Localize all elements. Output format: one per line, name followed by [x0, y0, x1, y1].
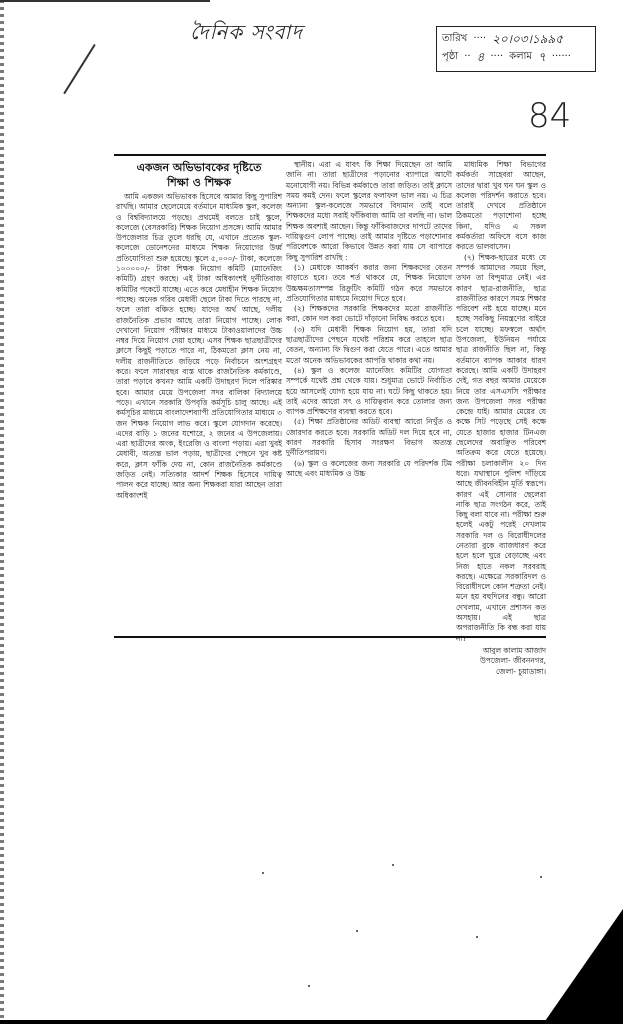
author-name: আবুল কালাম আজাদ: [456, 646, 546, 657]
article-paragraph: আমি একজন অভিভাবক হিসেবে আমার কিছু সুপারি…: [116, 192, 282, 501]
pen-mark: [63, 44, 95, 94]
article-paragraph: স্থানীয়। এরা এ যাবৎ কি শিক্ষা দিয়েছেন …: [286, 160, 452, 263]
article-column-3: মাধ্যমিক শিক্ষা বিভাগের কর্মকর্তা সাহেবর…: [456, 160, 546, 677]
stamp-date-value: ২০।০৩।১৯৯৫: [492, 30, 563, 48]
stamp-date-label: তারিখ: [442, 30, 467, 48]
recommendation-7: (৭) শিক্ষক-ছাত্রের মধ্যে যে সম্পর্ক আমাদ…: [456, 253, 546, 644]
recommendation-6: (৬) স্কুল ও কলেজের জন্য সরকারি যে পরিদর্…: [286, 459, 452, 480]
scan-speck: [308, 985, 310, 987]
stamp-date-row: তারিখ ···· ২০।০৩।১৯৯৫: [442, 30, 590, 48]
archive-stamp: তারিখ ···· ২০।০৩।১৯৯৫ পৃষ্ঠা ·· ৪ ···· ক…: [436, 26, 596, 72]
article-column-2: স্থানীয়। এরা এ যাবৎ কি শিক্ষা দিয়েছেন …: [286, 160, 452, 479]
clipping-bottom-rule: [114, 636, 546, 638]
stamp-column-label: কলাম: [509, 48, 532, 66]
stamp-page-label: পৃষ্ঠা: [442, 48, 458, 66]
handwritten-newspaper-name: দৈনিক সংবাদ: [190, 18, 303, 51]
recommendation-5: (৫) শিক্ষা প্রতিষ্ঠানের অডিট ব্যবস্থা আর…: [286, 417, 452, 458]
author-upazila: উপজেলা- জীবননগর,: [456, 656, 546, 667]
handwritten-page-number: 84: [528, 96, 571, 136]
author-district: জেলা- চুয়াডাঙ্গা।: [456, 667, 546, 678]
headline-line-1: একজন অভিভাবকের দৃষ্টিতে: [116, 160, 282, 175]
scan-bottom-edge: [0, 1020, 623, 1024]
headline-line-2: শিক্ষা ও শিক্ষক: [116, 175, 282, 190]
scan-speck: [476, 936, 478, 938]
recommendation-4: (৪) স্কুল ও কলেজ ম্যানেজিং কমিটির যোগ্যত…: [286, 366, 452, 417]
recommendation-2: (২) শিক্ষকদের সরকারি শিক্ষকদের মতো রাজনী…: [286, 304, 452, 325]
article-headline: একজন অভিভাবকের দৃষ্টিতে শিক্ষা ও শিক্ষক: [116, 160, 282, 190]
scan-left-edge: [0, 0, 4, 1024]
scan-corner-fold: [543, 909, 623, 1024]
recommendation-1: (১) মেধাকে আকর্ষণ করার জন্য শিক্ষকদের বে…: [286, 263, 452, 304]
scan-speck: [540, 876, 542, 878]
stamp-page-value: ৪: [477, 48, 485, 66]
scan-top-edge: [0, 0, 210, 2]
clipping-top-rule: [114, 154, 546, 156]
author-signature: আবুল কালাম আজাদ উপজেলা- জীবননগর, জেলা- চ…: [456, 646, 546, 678]
recommendation-3: (৩) যদি মেধাবী শিক্ষক নিয়োগ হয়, তারা য…: [286, 325, 452, 366]
article-paragraph: মাধ্যমিক শিক্ষা বিভাগের কর্মকর্তা সাহেবর…: [456, 160, 546, 253]
stamp-page-row: পৃষ্ঠা ·· ৪ ···· কলাম ৭ ······: [442, 48, 590, 66]
scan-speck: [262, 872, 264, 874]
article-column-1: একজন অভিভাবকের দৃষ্টিতে শিক্ষা ও শিক্ষক …: [116, 160, 282, 501]
scan-speck: [392, 864, 394, 866]
scan-speck: [356, 930, 358, 932]
stamp-column-value: ৭: [538, 48, 546, 66]
